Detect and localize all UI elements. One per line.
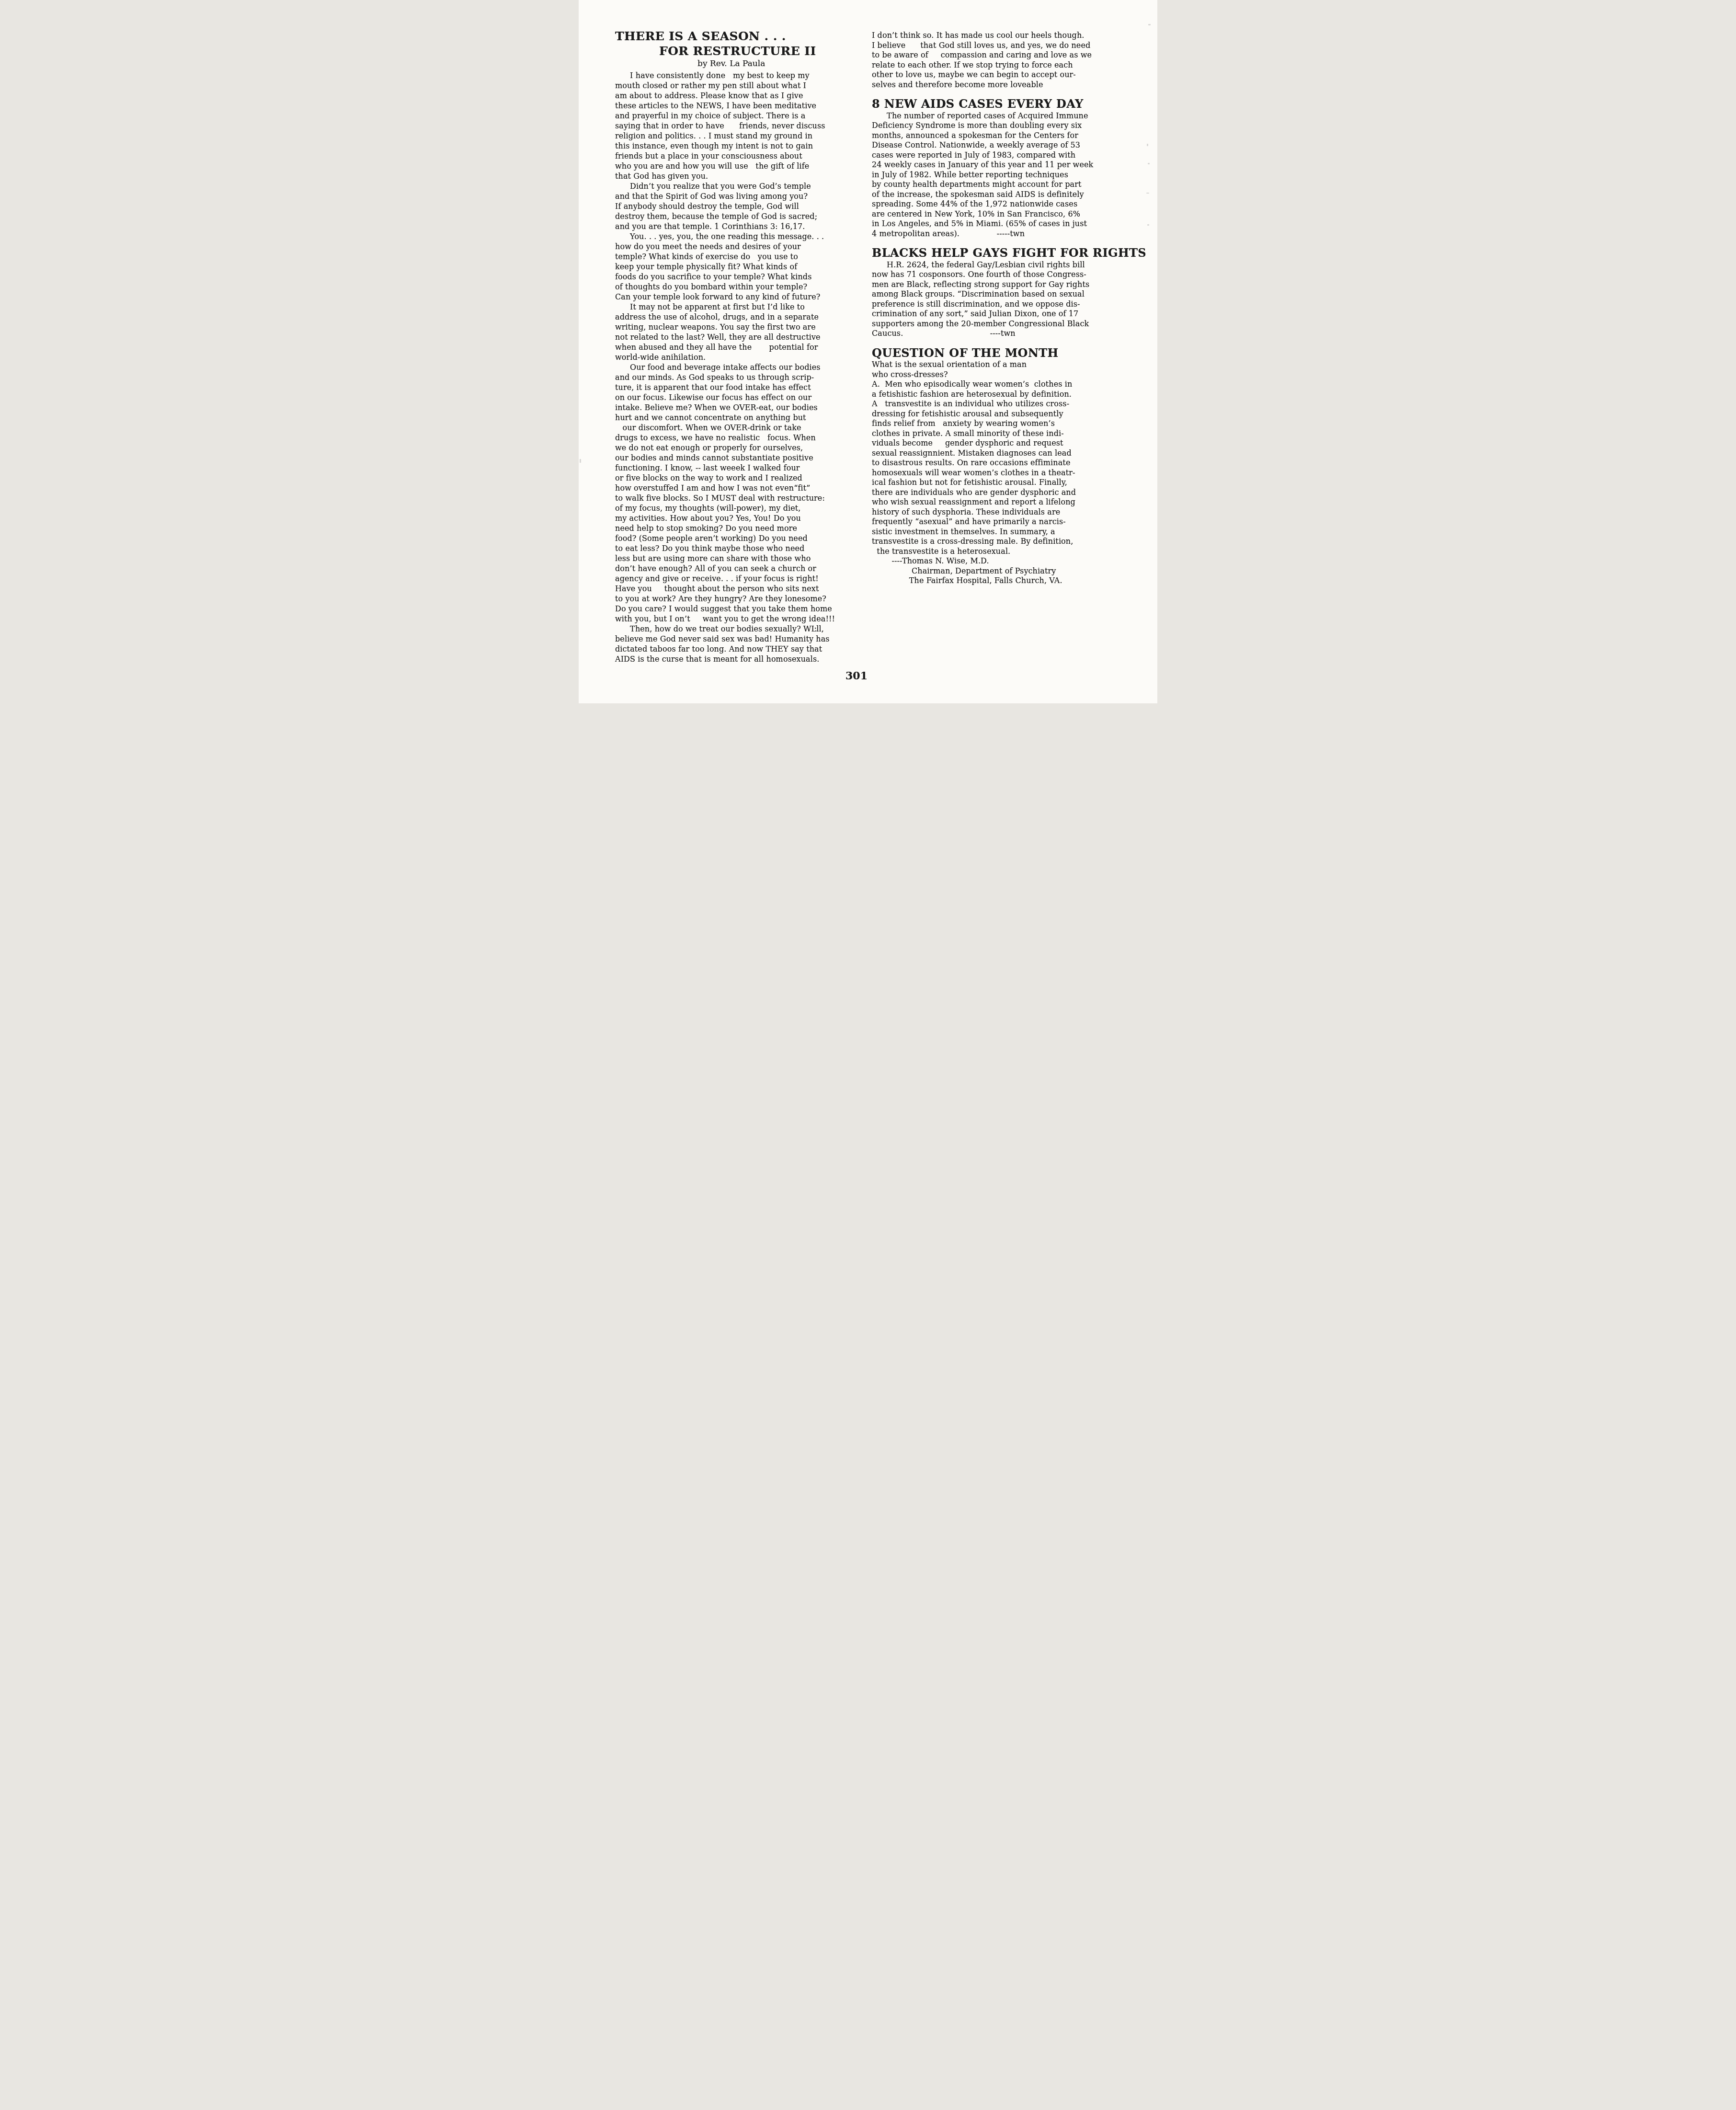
text-line: crimination of any sort,” said Julian Di… bbox=[872, 309, 1150, 319]
text-line: Our food and beverage intake affects our… bbox=[615, 362, 869, 372]
text-line: homosexuals will wear women’s clothes in… bbox=[872, 468, 1150, 478]
paragraph: I have consistently done my best to keep… bbox=[615, 70, 869, 181]
text-line: destroy them, because the temple of God … bbox=[615, 211, 869, 221]
text-line: of my focus, my thoughts (will-power), m… bbox=[615, 503, 869, 513]
text-line: keep your temple physically fit? What ki… bbox=[615, 262, 869, 272]
text-line: dressing for fetishistic arousal and sub… bbox=[872, 409, 1150, 419]
text-line: my activities. How about you? Yes, You! … bbox=[615, 513, 869, 523]
text-line: the transvestite is a heterosexual. bbox=[872, 547, 1150, 557]
text-line: intake. Believe me? When we OVER-eat, ou… bbox=[615, 402, 869, 413]
text-line: in July of 1982. While better reporting … bbox=[872, 170, 1150, 180]
text-line: and prayerful in my choice of subject. T… bbox=[615, 111, 869, 121]
scan-noise-mark bbox=[1147, 224, 1149, 226]
paragraph: What is the sexual orientation of a manw… bbox=[872, 360, 1150, 556]
heading-text: 8 NEW AIDS CASES EVERY DAY bbox=[872, 99, 1150, 109]
text-line: You. . . yes, you, the one reading this … bbox=[615, 231, 869, 241]
text-line: and you are that temple. 1 Corinthians 3… bbox=[615, 221, 869, 231]
text-line: Chairman, Department of Psychiatry bbox=[872, 566, 1150, 576]
text-line: I believe that God still loves us, and y… bbox=[872, 41, 1150, 51]
text-line: temple? What kinds of exercise do you us… bbox=[615, 252, 869, 262]
text-line: sistic investment in themselves. In summ… bbox=[872, 527, 1150, 537]
text-line: preference is still discrimination, and … bbox=[872, 299, 1150, 310]
text-line: a fetishistic fashion are heterosexual b… bbox=[872, 390, 1150, 400]
text-line: to disastrous results. On rare occasions… bbox=[872, 458, 1150, 468]
text-line: relate to each other. If we stop trying … bbox=[872, 60, 1150, 70]
article-title-line2: FOR RESTRUCTURE II bbox=[615, 44, 869, 58]
text-line: believe me God never said sex was bad! H… bbox=[615, 634, 869, 644]
text-line: less but are using more can share with t… bbox=[615, 553, 869, 563]
text-line: or five blocks on the way to work and I … bbox=[615, 473, 869, 483]
article-heading: 8 NEW AIDS CASES EVERY DAY bbox=[872, 99, 1150, 109]
text-line: men are Black, reflecting strong support… bbox=[872, 280, 1150, 290]
left-column-body: I have consistently done my best to keep… bbox=[615, 70, 869, 664]
text-line: and that the Spirit of God was living am… bbox=[615, 191, 869, 201]
text-line: viduals become gender dysphoric and requ… bbox=[872, 438, 1150, 448]
text-line: transvestite is a cross-dressing male. B… bbox=[872, 537, 1150, 547]
text-line: Didn’t you realize that you were God’s t… bbox=[615, 181, 869, 191]
text-line: now has 71 cosponsors. One fourth of tho… bbox=[872, 270, 1150, 280]
scan-noise-mark bbox=[1146, 193, 1149, 194]
text-line: this instance, even though my intent is … bbox=[615, 141, 869, 151]
text-line: The Fairfax Hospital, Falls Church, VA. bbox=[872, 576, 1150, 586]
text-line: spreading. Some 44% of the 1,972 nationw… bbox=[872, 199, 1150, 209]
text-line: I don’t think so. It has made us cool ou… bbox=[872, 31, 1150, 41]
text-line: who cross-dresses? bbox=[872, 370, 1150, 380]
text-line: clothes in private. A small minority of … bbox=[872, 429, 1150, 439]
text-line: ical fashion but not for fetishistic aro… bbox=[872, 478, 1150, 488]
text-line: What is the sexual orientation of a man bbox=[872, 360, 1150, 370]
text-line: The number of reported cases of Acquired… bbox=[872, 111, 1150, 121]
text-line: I have consistently done my best to keep… bbox=[615, 70, 869, 80]
text-line: of thoughts do you bombard within your t… bbox=[615, 282, 869, 292]
text-line: our discomfort. When we OVER-drink or ta… bbox=[615, 423, 869, 433]
text-line: these articles to the NEWS, I have been … bbox=[615, 101, 869, 111]
text-line: A transvestite is an individual who util… bbox=[872, 399, 1150, 409]
text-line: world-wide anihilation. bbox=[615, 352, 869, 362]
text-line: our bodies and minds cannot substantiate… bbox=[615, 453, 869, 463]
text-line: Caucus. ----twn bbox=[872, 329, 1150, 339]
text-line: selves and therefore become more loveabl… bbox=[872, 80, 1150, 90]
text-line: friends but a place in your consciousnes… bbox=[615, 151, 869, 161]
text-line: finds relief from anxiety by wearing wom… bbox=[872, 419, 1150, 429]
paragraph: Didn’t you realize that you were God’s t… bbox=[615, 181, 869, 231]
text-line: 24 weekly cases in January of this year … bbox=[872, 160, 1150, 170]
text-line: agency and give or receive. . . if your … bbox=[615, 573, 869, 584]
paragraph: Our food and beverage intake affects our… bbox=[615, 362, 869, 624]
text-line: address the use of alcohol, drugs, and i… bbox=[615, 312, 869, 322]
text-line: cases were reported in July of 1983, com… bbox=[872, 150, 1150, 161]
text-line: of the increase, the spokesman said AIDS… bbox=[872, 190, 1150, 200]
text-line: supporters among the 20-member Congressi… bbox=[872, 319, 1150, 329]
paragraph: Then, how do we treat our bodies sexuall… bbox=[615, 624, 869, 664]
text-line: to eat less? Do you think maybe those wh… bbox=[615, 543, 869, 553]
heading-text: BLACKS HELP GAYS FIGHT FOR RIGHTS bbox=[872, 248, 1150, 258]
paragraph: It may not be apparent at first but I’d … bbox=[615, 302, 869, 362]
signature-block: ----Thomas N. Wise, M.D. Chairman, Depar… bbox=[872, 556, 1150, 586]
text-line: Can your temple look forward to any kind… bbox=[615, 292, 869, 302]
article-title-line1: THERE IS A SEASON . . . bbox=[615, 29, 869, 44]
text-line: food? (Some people aren’t working) Do yo… bbox=[615, 533, 869, 543]
text-line: history of such dysphoria. These individ… bbox=[872, 507, 1150, 517]
text-line: to you at work? Are they hungry? Are the… bbox=[615, 594, 869, 604]
text-line: months, announced a spokesman for the Ce… bbox=[872, 131, 1150, 141]
text-line: dictated taboos far too long. And now TH… bbox=[615, 644, 869, 654]
text-line: am about to address. Please know that as… bbox=[615, 91, 869, 101]
text-line: AIDS is the curse that is meant for all … bbox=[615, 654, 869, 664]
text-line: other to love us, maybe we can begin to … bbox=[872, 70, 1150, 80]
left-column: THERE IS A SEASON . . . FOR RESTRUCTURE … bbox=[615, 29, 869, 664]
text-line: ture, it is apparent that our food intak… bbox=[615, 382, 869, 392]
text-line: there are individuals who are gender dys… bbox=[872, 488, 1150, 498]
text-line: religion and politics. . . I must stand … bbox=[615, 131, 869, 141]
paragraph: I don’t think so. It has made us cool ou… bbox=[872, 31, 1150, 90]
text-line: Do you care? I would suggest that you ta… bbox=[615, 604, 869, 614]
text-line: among Black groups. “Discrimination base… bbox=[872, 289, 1150, 299]
text-line: mouth closed or rather my pen still abou… bbox=[615, 80, 869, 91]
text-line: and our minds. As God speaks to us throu… bbox=[615, 372, 869, 382]
text-line: not related to the last? Well, they are … bbox=[615, 332, 869, 342]
article-heading: BLACKS HELP GAYS FIGHT FOR RIGHTS bbox=[872, 248, 1150, 258]
text-line: ----Thomas N. Wise, M.D. bbox=[872, 556, 1150, 566]
heading-text: QUESTION OF THE MONTH bbox=[872, 348, 1150, 358]
text-line: who wish sexual reassignment and report … bbox=[872, 497, 1150, 507]
page-number: 301 bbox=[837, 670, 876, 682]
text-line: who you are and how you will use the gif… bbox=[615, 161, 869, 171]
text-line: If anybody should destroy the temple, Go… bbox=[615, 201, 869, 211]
text-line: writing, nuclear weapons. You say the fi… bbox=[615, 322, 869, 332]
text-line: saying that in order to have friends, ne… bbox=[615, 121, 869, 131]
text-line: It may not be apparent at first but I’d … bbox=[615, 302, 869, 312]
text-line: that God has given you. bbox=[615, 171, 869, 181]
text-line: on our focus. Likewise our focus has eff… bbox=[615, 392, 869, 402]
text-line: A. Men who episodically wear women’s clo… bbox=[872, 379, 1150, 390]
paragraph: You. . . yes, you, the one reading this … bbox=[615, 231, 869, 302]
text-line: to walk five blocks. So I MUST deal with… bbox=[615, 493, 869, 503]
text-line: in Los Angeles, and 5% in Miami. (65% of… bbox=[872, 219, 1150, 229]
text-line: with you, but I on’t want you to get the… bbox=[615, 614, 869, 624]
paragraph: The number of reported cases of Acquired… bbox=[872, 111, 1150, 239]
article-title: THERE IS A SEASON . . . FOR RESTRUCTURE … bbox=[615, 29, 869, 58]
text-line: drugs to excess, we have no realistic fo… bbox=[615, 433, 869, 443]
text-line: 4 metropolitan areas). -----twn bbox=[872, 229, 1150, 239]
text-line: don’t have enough? All of you can seek a… bbox=[615, 563, 869, 573]
text-line: how do you meet the needs and desires of… bbox=[615, 241, 869, 252]
text-line: foods do you sacrifice to your temple? W… bbox=[615, 272, 869, 282]
text-line: to be aware of compassion and caring and… bbox=[872, 50, 1150, 60]
right-column-body: I don’t think so. It has made us cool ou… bbox=[872, 31, 1150, 586]
text-line: sexual reassignnient. Mistaken diagnoses… bbox=[872, 448, 1150, 459]
text-line: Deficiency Syndrome is more than doublin… bbox=[872, 121, 1150, 131]
text-line: H.R. 2624, the federal Gay/Lesbian civil… bbox=[872, 260, 1150, 270]
text-line: are centered in New York, 10% in San Fra… bbox=[872, 209, 1150, 219]
text-line: Disease Control. Nationwide, a weekly av… bbox=[872, 140, 1150, 150]
text-line: frequently “asexual” and have primarily … bbox=[872, 517, 1150, 527]
newsletter-page: THERE IS A SEASON . . . FOR RESTRUCTURE … bbox=[579, 0, 1157, 703]
text-line: need help to stop smoking? Do you need m… bbox=[615, 523, 869, 533]
scan-noise-mark bbox=[1148, 163, 1150, 164]
article-byline: by Rev. La Paula bbox=[615, 58, 869, 69]
text-line: functioning. I know, -- last weeek I wal… bbox=[615, 463, 869, 473]
right-column: I don’t think so. It has made us cool ou… bbox=[872, 31, 1150, 586]
paragraph: H.R. 2624, the federal Gay/Lesbian civil… bbox=[872, 260, 1150, 339]
text-line: when abused and they all have the potent… bbox=[615, 342, 869, 352]
text-line: we do not eat enough or properly for our… bbox=[615, 443, 869, 453]
text-line: Then, how do we treat our bodies sexuall… bbox=[615, 624, 869, 634]
scan-noise-mark bbox=[1147, 144, 1148, 146]
article-heading: QUESTION OF THE MONTH bbox=[872, 348, 1150, 358]
text-line: hurt and we cannot concentrate on anythi… bbox=[615, 413, 869, 423]
scan-noise-mark bbox=[580, 459, 581, 463]
text-line: by county health departments might accou… bbox=[872, 180, 1150, 190]
text-line: Have you thought about the person who si… bbox=[615, 584, 869, 594]
text-line: how overstuffed I am and how I was not e… bbox=[615, 483, 869, 493]
scan-noise-mark bbox=[1148, 24, 1151, 25]
